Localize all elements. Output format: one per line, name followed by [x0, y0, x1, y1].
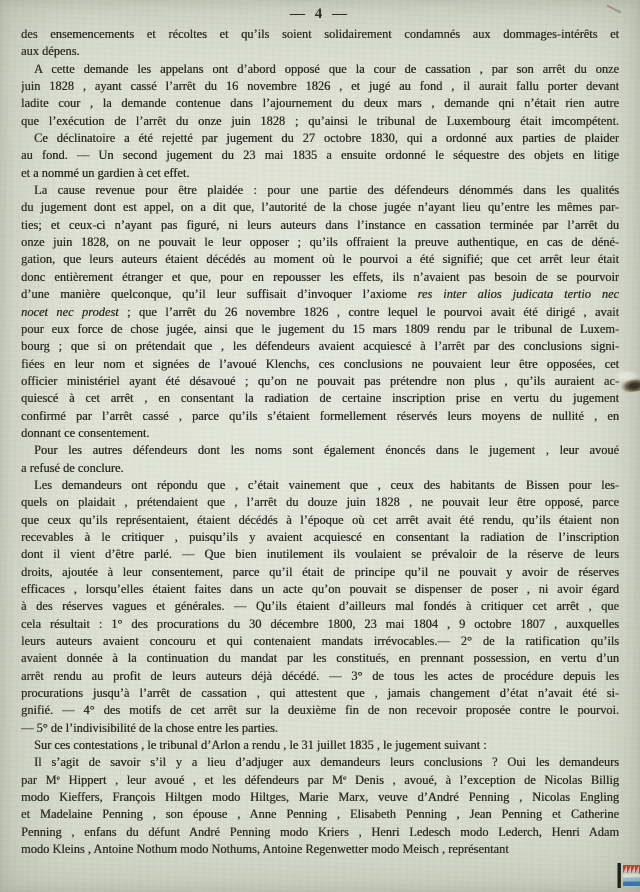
- text-line: droits, ajoutée à leur consentement, par…: [21, 564, 619, 581]
- text-line: et Madelaine Penning , son épouse , Anne…: [21, 806, 619, 823]
- text-line: avaient donnée à la continuation du mand…: [21, 650, 619, 667]
- text-block: des ensemencements et récoltes et qu’ils…: [21, 26, 619, 859]
- text-line: confirmé par l’arrêt cassé , parce qu’il…: [21, 408, 619, 425]
- logo-lightblue-stripe: [623, 878, 640, 882]
- text-line: Penning , enfans du défunt André Penning…: [21, 824, 619, 841]
- text-line: procurations jusqu’à l’arrêt de cassatio…: [21, 685, 619, 702]
- library-logo-watermark: [616, 861, 640, 889]
- paper-tear-mark: [620, 378, 640, 394]
- text-line: dont il vient d’être parlé. — Que bien i…: [21, 546, 619, 563]
- text-line: modo Kieffers, François Hiltgen modo Hil…: [21, 789, 619, 806]
- text-line: aux dépens.: [21, 43, 619, 60]
- text-line: Ce déclinatoire a été rejetté par jugeme…: [21, 130, 619, 147]
- paragraph: Il s’agit de savoir s’il y a lieu d’adju…: [21, 754, 619, 858]
- text-line: fiées en leur nom et signées de l’avoué …: [21, 356, 619, 373]
- text-line: cela résultait : 1° des procurations du …: [21, 616, 619, 633]
- paragraph: Les demandeurs ont répondu que , c’était…: [21, 477, 619, 737]
- text-line: — 5° de l’indivisibilité de la chose ent…: [21, 720, 619, 737]
- text-line: du jugement dont est appel, on a dit que…: [21, 199, 619, 216]
- logo-blue-stripe: [623, 882, 640, 887]
- text-line: par Me Hippert , leur avoué , et les déf…: [21, 772, 619, 789]
- logo-white-stripe: [623, 874, 640, 878]
- logo-red-sawtooth: [623, 865, 640, 874]
- text-line: à des réserves vagues et générales. — Qu…: [21, 598, 619, 615]
- text-line: onze juin 1828, on ne pouvait le leur op…: [21, 234, 619, 251]
- paragraph: Pour les autres défendeurs dont les noms…: [21, 442, 619, 477]
- page-header: — 4 —: [0, 6, 640, 23]
- text-line: Les demandeurs ont répondu que , c’était…: [21, 477, 619, 494]
- text-line: au fond. — Un second jugement du 23 mai …: [21, 147, 619, 164]
- text-line: et a nommé un gardien à cet effet.: [21, 165, 619, 182]
- text-line: gnifié. — 4° des motifs de cet arrêt sur…: [21, 702, 619, 719]
- text-line: que ceux qu’ils représentaient, étaient …: [21, 512, 619, 529]
- text-line: quels on plaidait , prétendaient que , l…: [21, 494, 619, 511]
- paragraph: des ensemencements et récoltes et qu’ils…: [21, 26, 619, 61]
- text-line: pour eux force de chose jugée, ainsi que…: [21, 321, 619, 338]
- text-line: nocet nec prodest ; que l’arrêt du 26 no…: [21, 304, 619, 321]
- text-line: ladite cour , la demande contenue dans l…: [21, 95, 619, 112]
- text-line: juin 1828 , ayant cassé l’arrêt du 16 no…: [21, 78, 619, 95]
- paragraph: Ce déclinatoire a été rejetté par jugeme…: [21, 130, 619, 182]
- text-line: A cette demande les appelans ont d’abord…: [21, 61, 619, 78]
- text-line: recevables à le critiquer , puisqu’ils y…: [21, 529, 619, 546]
- text-line: des ensemencements et récoltes et qu’ils…: [21, 26, 619, 43]
- text-line: donc entièrement étranger et que, pour e…: [21, 269, 619, 286]
- text-line: que l’exécution de l’arrêt du onze juin …: [21, 113, 619, 130]
- text-line: arrêt rendu au profit de leurs auteurs d…: [21, 668, 619, 685]
- scanned-document-page: { "page": { "header": "— 4 —", "number":…: [0, 0, 640, 892]
- paragraph: A cette demande les appelans ont d’abord…: [21, 61, 619, 130]
- text-line: officier ministériel ayant été désavoué …: [21, 373, 619, 390]
- text-line: quiescé à cet arrêt , en consentant la r…: [21, 390, 619, 407]
- text-line: modo Kleins , Antoine Nothum modo Nothum…: [21, 841, 619, 858]
- text-line: ties; et ceux-ci n’ayant pas figuré, ni …: [21, 217, 619, 234]
- paragraph: Sur ces contestations , le tribunal d’Ar…: [21, 737, 619, 754]
- text-line: leurs auteurs avaient concouru et qui co…: [21, 633, 619, 650]
- text-line: Pour les autres défendeurs dont les noms…: [21, 442, 619, 459]
- text-line: Sur ces contestations , le tribunal d’Ar…: [21, 737, 619, 754]
- text-line: Il s’agit de savoir s’il y a lieu d’adju…: [21, 754, 619, 771]
- text-line: efficaces , lorsqu’elles étaient faites …: [21, 581, 619, 598]
- text-line: a refusé de conclure.: [21, 460, 619, 477]
- page-number: — 4 —: [290, 6, 350, 22]
- text-line: bourg ; que si on prétendait que , les d…: [21, 338, 619, 355]
- text-line: La cause revenue pour être plaidée : pou…: [21, 182, 619, 199]
- text-line: d’une manière quelconque, qu’il leur suf…: [21, 286, 619, 303]
- text-line: gation, que leurs auteurs étaient décédé…: [21, 251, 619, 268]
- paragraph: La cause revenue pour être plaidée : pou…: [21, 182, 619, 442]
- text-line: donnant ce consentement.: [21, 425, 619, 442]
